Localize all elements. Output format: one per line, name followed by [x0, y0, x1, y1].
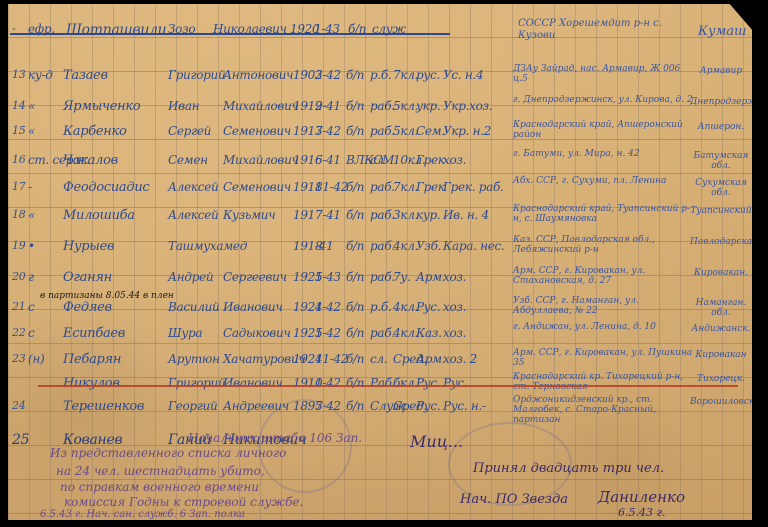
cell-social: раб. [370, 124, 395, 138]
cell-note: Кировакан [690, 350, 752, 360]
footer-line: на 24 чел. шестнадцать убито, [56, 464, 265, 478]
cell-address: Каз. ССР, Павлодарская обл., Лебяжинский… [513, 235, 693, 255]
signature-left: Миц... [410, 432, 463, 451]
cell-rank: « [28, 208, 35, 222]
cell-nat: Сем. [416, 124, 445, 138]
cell-nat: Рус. [416, 399, 440, 413]
cell-note: Батумская обл. [690, 151, 752, 171]
cell-name: Алексей [168, 180, 218, 194]
cell-date: 11-42 [315, 180, 348, 194]
cell-surname: Федяев [63, 300, 112, 315]
cell-note: Днепродзерж. [690, 97, 752, 107]
cell-num: 25 [12, 432, 29, 448]
cell-patronymic: Сергеевич [223, 270, 287, 284]
cell-social: раб. [370, 326, 395, 340]
cell-col: хоз. [443, 326, 466, 340]
cell-name: Сергей [168, 124, 211, 138]
cell-address: Орджоникидзевский кр., ст. Малгобек, с. … [513, 395, 693, 425]
cell-col: Рус. н.- [443, 399, 486, 413]
table-row: 22сЕсипбаевШураСадыкович19251-42б/праб.4… [8, 326, 752, 346]
black-annotation: в партизаны 8.05.44 в плен [40, 290, 174, 302]
received-by: Нач. ПО Звезда [460, 492, 568, 507]
cell-note: Кировакан. [690, 268, 752, 278]
cell-date: 1-42 [315, 326, 341, 340]
cell-col: хоз. [443, 300, 466, 314]
cell-col: Укр.хоз. [443, 99, 492, 113]
cell-edu: 4кл. [393, 239, 418, 253]
cell-edu: 5кл. [393, 99, 418, 113]
cell-note: Туапсинский [690, 206, 752, 216]
cell-nat: рус. [416, 68, 440, 82]
cell-social: раб. [370, 180, 395, 194]
cell-patronymic: Михайлович [223, 153, 299, 167]
cell-social: раб. [370, 99, 395, 113]
cell-surname: Никулов [63, 376, 120, 391]
table-row: НикуловГригорийИванович19101-42б/пРаб.бк… [8, 376, 752, 396]
cell-num: 20 [12, 270, 25, 283]
cell-edu: 7у. [393, 270, 411, 284]
address-header: СОССР Хорешемдит р-н с. Кузови [518, 18, 688, 42]
cell-date: 3-42 [315, 124, 341, 138]
cell-party: б/п [346, 399, 364, 413]
cell-name: Ташмухамед [168, 239, 247, 253]
cell-name: Василий [168, 300, 219, 314]
cell-rank: - [28, 180, 32, 194]
cell-date: 7-42 [315, 399, 341, 413]
cell-surname: Ярмыченко [63, 99, 140, 114]
cell-surname: Чакалов [63, 153, 118, 168]
cell-name: Григорий [168, 376, 225, 390]
right-header: Кумаш [698, 26, 746, 38]
cell-note: Наманган. обл. [690, 298, 752, 318]
cell-num: 16 [12, 153, 25, 166]
cell-surname: Милошиба [63, 208, 135, 223]
cell-surname: Оганян [63, 270, 112, 285]
cell-social: сл. [370, 352, 387, 366]
cell-num: 14 [12, 99, 25, 112]
cell-patronymic: Михайлович [223, 99, 299, 113]
cell-date: 1-42 [315, 300, 341, 314]
cell-col: хоз. [443, 270, 466, 284]
cell-col: хоз. [443, 153, 466, 167]
cell-nat: Грек [416, 153, 445, 167]
cell-date: 1-42 [315, 376, 341, 390]
cell-nat: Узб. [416, 239, 441, 253]
cell-name: Иван [168, 99, 199, 113]
table-row: 17-ФеодосиадисАлексейСеменович191811-42б… [8, 180, 752, 200]
cell-edu: 7кл. [393, 68, 418, 82]
table-row: 24ТерешенковГеоргийАндреевич18957-42б/пС… [8, 399, 752, 419]
cell-col: хоз. 2 [443, 352, 477, 366]
cell-address: г. Батуми, ул. Мира, н. 42 [513, 149, 693, 159]
cell-edu: 4кл. [393, 326, 418, 340]
cell-note: Тихорецк. [690, 374, 752, 384]
cell-edu: 5кл. [393, 124, 418, 138]
cell-rank: с [28, 300, 34, 314]
cell-col: Укр. н.2 [443, 124, 491, 138]
cell-surname: Нурыев [63, 239, 114, 254]
cell-party: б/п [346, 300, 364, 314]
cell-col: Рус. [443, 376, 467, 390]
cell-party: б/п [346, 376, 364, 390]
cell-social: Раб. [370, 376, 395, 390]
cell-note: Сухумская обл. [690, 178, 752, 198]
cell-party: б/п [346, 326, 364, 340]
cell-patronymic: Семенович [223, 180, 291, 194]
cell-rank: ку-д [28, 68, 53, 82]
cell-note: Армавир [690, 66, 752, 76]
cell-address: Арм. ССР, г. Кировакан, ул. Пушкина 35 [513, 348, 693, 368]
cell-party: б/п [346, 99, 364, 113]
cell-date: 2-42 [315, 68, 341, 82]
table-row: 16ст. серж.ЧакаловСеменМихайлович19166-4… [8, 153, 752, 173]
cell-address: Узб. ССР, г. Наманган, ул. Абдуллаева, №… [513, 296, 693, 316]
cell-rank: г [28, 270, 34, 284]
cell-surname: Есипбаев [63, 326, 125, 341]
cell-party: б/п [346, 68, 364, 82]
cell-rank: « [28, 124, 35, 138]
cell-address: Краснодарский кр. Тихорецкий р-н, ст. Те… [513, 372, 693, 392]
document-sheet: - ефр. Шотпашвили Зозо Николаевич 1920 1… [8, 4, 752, 520]
footer-line: комиссия Годны к строевой службе. [64, 495, 303, 509]
cell-num: 23 [12, 352, 25, 365]
cell-edu: 4кл. [393, 300, 418, 314]
cell-social: сл. [370, 153, 387, 167]
cell-date: 11-42 [315, 352, 348, 366]
table-row: 13ку-дТазаевГригорийАнтонович19032-42б/п… [8, 68, 752, 88]
cell-note: Апшерон. [690, 122, 752, 132]
received-line: Принял двадцать три чел. [473, 461, 664, 476]
footer-line: Из представленного списка личного [50, 446, 286, 460]
cell-party: б/п [346, 124, 364, 138]
cell-surname: Пебарян [63, 352, 121, 367]
cell-nat: укр. [416, 99, 440, 113]
cell-nat: Арм. [416, 352, 445, 366]
cell-patronymic: Садыкович [223, 326, 291, 340]
cell-date: 7-41 [315, 208, 341, 222]
cell-date: 9-41 [315, 99, 341, 113]
cell-note: Ворошиловск [690, 397, 752, 407]
cell-address: ДЗАу Зайрад, нас. Армавир, Ж 006 ц.5 [513, 64, 693, 84]
strikethrough-line [10, 33, 450, 35]
footer-line: 6.5.43 г. Нач. сан. служб. 6 Зап. полка [40, 509, 245, 520]
cell-col: Ив. н. 4 [443, 208, 489, 222]
cell-patronymic: Кузьмич [223, 208, 275, 222]
cell-name: Георгий [168, 399, 217, 413]
signature-right: Даниленко [598, 488, 685, 506]
table-row: 20гОганянАндрейСергеевич19251-43б/праб.7… [8, 270, 752, 290]
cell-rank: « [28, 99, 35, 113]
cell-num: 15 [12, 124, 25, 137]
cell-social: р.б. [370, 68, 391, 82]
cell-rank: с [28, 326, 34, 340]
cell-nat: Рус. [416, 300, 440, 314]
cell-nat: Рус. [416, 376, 440, 390]
cell-date: -41 [315, 239, 333, 253]
cell-address: Краснодарский край, Апшеронский район [513, 120, 693, 140]
cell-name: Арутюн [168, 352, 220, 366]
cell-address: Арм. ССР, г. Кировакан, ул. Стахановская… [513, 266, 693, 286]
cell-num: 21 [12, 300, 25, 313]
cell-address: Абх. ССР, г. Сухуми, пл. Ленина [513, 176, 693, 186]
cell-nat: кур. [416, 208, 440, 222]
cell-patronymic: Семенович [223, 124, 291, 138]
cell-date: 6-41 [315, 153, 341, 167]
cell-social: р.б. [370, 300, 391, 314]
cell-party: б/п [346, 270, 364, 284]
cell-surname: Тазаев [63, 68, 108, 83]
cell-num: 18 [12, 208, 25, 221]
cell-patronymic: Антонович [223, 68, 293, 82]
cell-num: 24 [12, 399, 25, 412]
cell-social: раб. [370, 239, 395, 253]
cell-social: раб. [370, 270, 395, 284]
cell-col: Грек. раб. [443, 180, 504, 194]
table-row: 14«ЯрмыченкоИванМихайлович19129-41б/праб… [8, 99, 752, 119]
cell-edu: 3кл. [393, 208, 418, 222]
cell-patronymic: Иванович [223, 300, 283, 314]
table-row: 15«КарбенкоСергейСеменович19173-42б/праб… [8, 124, 752, 144]
table-row: 23(н)ПебарянАрутюнХачатурович192411-42б/… [8, 352, 752, 372]
cell-patronymic: Иванович [223, 376, 283, 390]
cell-rank: • [28, 239, 35, 253]
footer-date: 6.5.43 г. [618, 506, 666, 519]
cell-edu: бкл. [393, 376, 418, 390]
cell-edu: 7кл. [393, 180, 418, 194]
cell-party: б/п [346, 239, 364, 253]
footer-chief-line: Начальник штаба 106 Зап. [188, 431, 362, 445]
cell-surname: Карбенко [63, 124, 127, 139]
cell-address: г. Андижан, ул. Ленина, д. 10 [513, 322, 693, 332]
footer-line: по справкам военного времени [60, 480, 259, 494]
table-row: 21сФедяевВасилийИванович19241-42б/пр.б.4… [8, 300, 752, 320]
cell-party: б/п [346, 352, 364, 366]
cell-party: б/п [346, 208, 364, 222]
cell-date: 1-43 [315, 270, 341, 284]
cell-surname: Феодосиадис [63, 180, 149, 195]
cell-nat: Грек [416, 180, 445, 194]
table-row: 19•НурыевТашмухамед1918-41б/праб.4кл.Узб… [8, 239, 752, 259]
cell-col: Кара. нес. [443, 239, 504, 253]
cell-rank: (н) [28, 352, 44, 366]
cell-surname: Терешенков [63, 399, 144, 414]
table-row: 18«МилошибаАлексейКузьмич19177-41б/праб.… [8, 208, 752, 228]
cell-note: Андижанск. [690, 324, 752, 334]
cell-name: Семен [168, 153, 208, 167]
cell-nat: Арм. [416, 270, 445, 284]
cell-nat: Каз. [416, 326, 442, 340]
cell-name: Шура [168, 326, 202, 340]
cell-num: 19 [12, 239, 25, 252]
cell-num: 17 [12, 180, 25, 193]
cell-address: Краснодарский край, Туапсинский р-н, с. … [513, 204, 693, 224]
cell-party: б/п [346, 180, 364, 194]
cell-num: 22 [12, 326, 25, 339]
cell-patronymic: Андреевич [223, 399, 289, 413]
cell-address: г. Днепродзержинск, ул. Кирова, д. 2 [513, 95, 693, 105]
cell-num: 13 [12, 68, 25, 81]
cell-note: Павлодарская [690, 237, 752, 247]
cell-name: Григорий [168, 68, 225, 82]
cell-col: Ус. н.4 [443, 68, 483, 82]
red-strikethrough [38, 385, 738, 387]
cell-social: раб. [370, 208, 395, 222]
cell-name: Алексей [168, 208, 218, 222]
cell-name: Андрей [168, 270, 213, 284]
